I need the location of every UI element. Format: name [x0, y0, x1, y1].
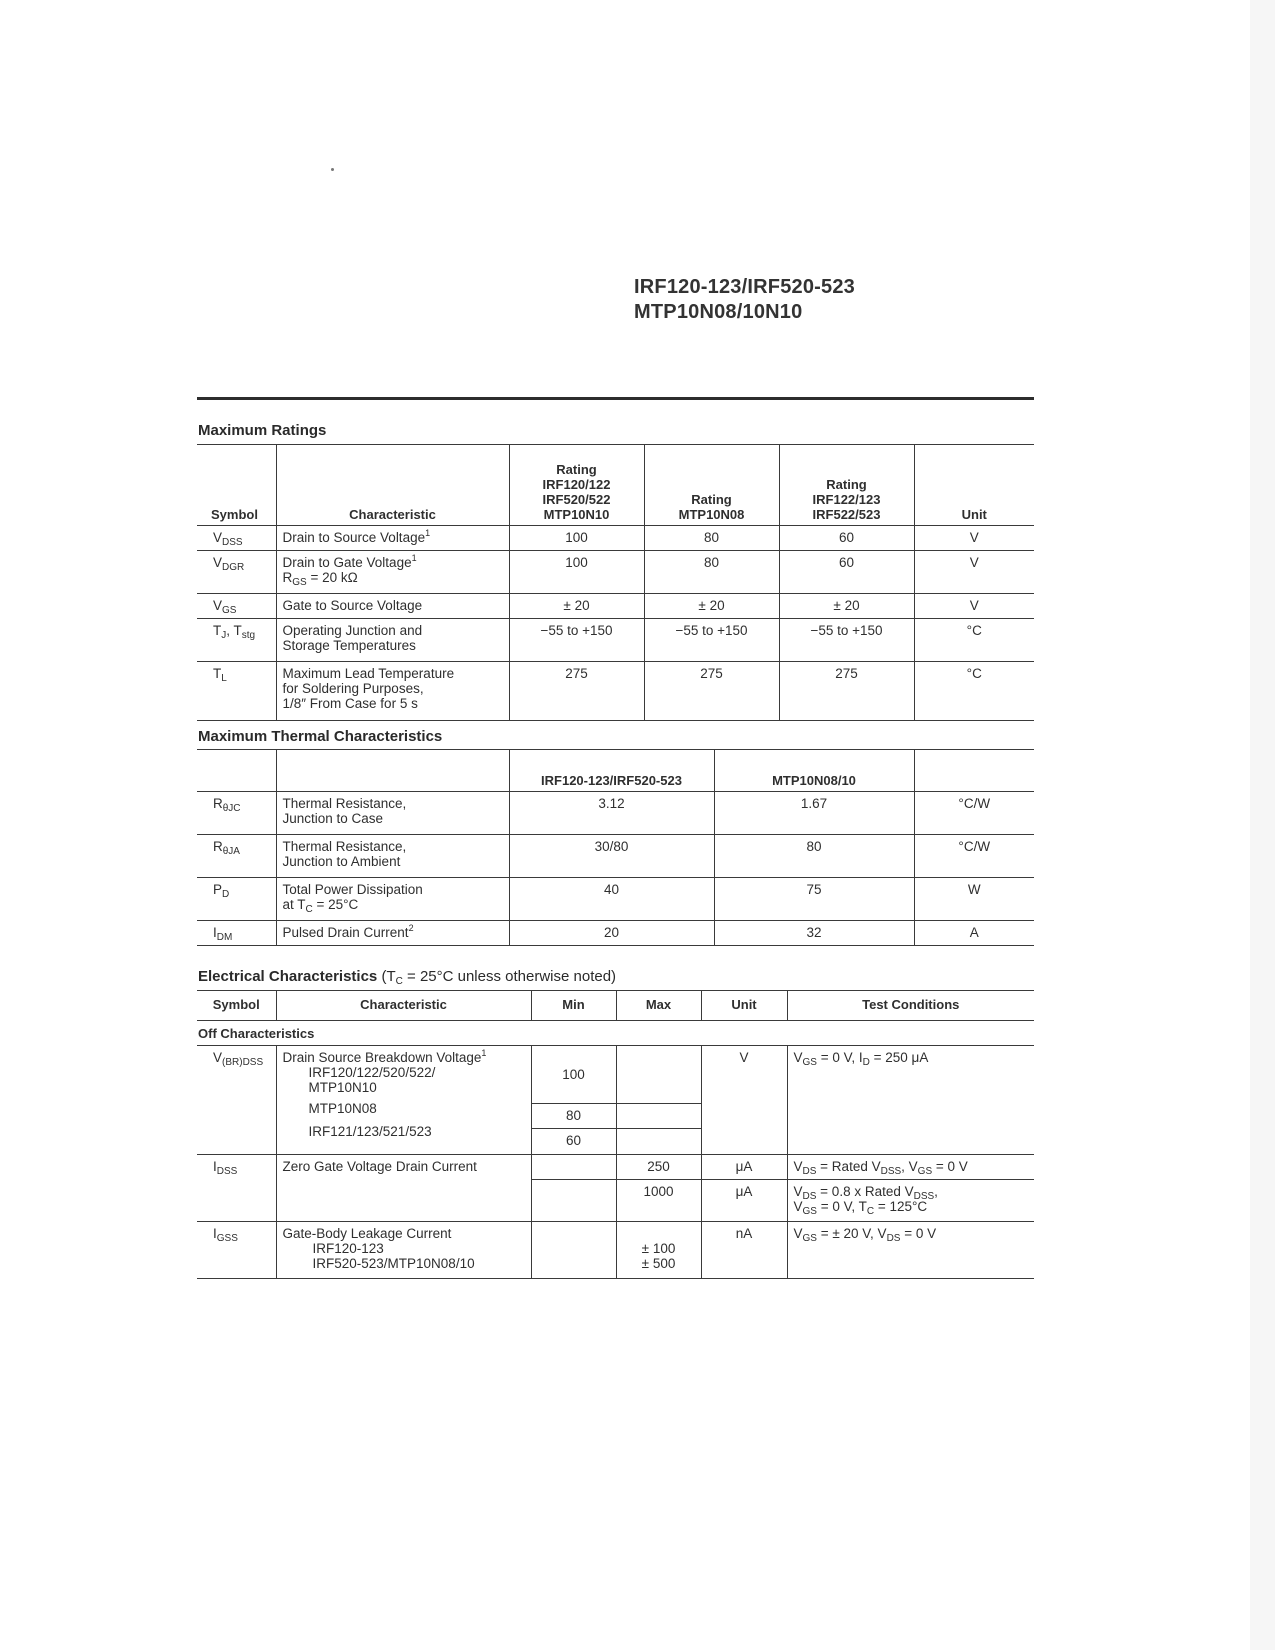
value-cell: ± 20: [509, 594, 644, 619]
symbol-cell: VGS: [197, 594, 276, 619]
table-row: VDSS Drain to Source Voltage1 100 80 60 …: [197, 526, 1034, 551]
value-cell: −55 to +150: [779, 619, 914, 662]
header-unit: Unit: [914, 445, 1034, 526]
header-min: Min: [531, 991, 616, 1021]
symbol-cell: IDSS: [197, 1155, 276, 1222]
test-conditions-cell: VDS = 0.8 x Rated VDSS, VGS = 0 V, TC = …: [787, 1180, 1034, 1222]
min-cell: [531, 1180, 616, 1222]
characteristic-cell: Drain Source Breakdown Voltage1 IRF120/1…: [276, 1046, 531, 1155]
value-cell: ± 20: [779, 594, 914, 619]
unit-cell: nA: [701, 1222, 787, 1279]
value-cell: −55 to +150: [509, 619, 644, 662]
value-cell: 1.67: [714, 792, 914, 835]
symbol-cell: RθJA: [197, 835, 276, 878]
unit-cell: V: [914, 526, 1034, 551]
electrical-table: Symbol Characteristic Min Max Unit Test …: [197, 990, 1034, 1279]
symbol-cell: IDM: [197, 921, 276, 946]
header-symbol-empty: [197, 750, 276, 792]
unit-cell: W: [914, 878, 1034, 921]
table-row: IDM Pulsed Drain Current2 20 32 A: [197, 921, 1034, 946]
table-header-row: Symbol Characteristic Min Max Unit Test …: [197, 991, 1034, 1021]
table-header-row: Symbol Characteristic Rating IRF120/122 …: [197, 445, 1034, 526]
symbol-cell: TJ, Tstg: [197, 619, 276, 662]
characteristic-cell: Drain to Gate Voltage1 RGS = 20 kΩ: [276, 551, 509, 594]
max-cell: 1000: [616, 1180, 701, 1222]
max-cell: 250: [616, 1155, 701, 1180]
min-cell: 100: [531, 1046, 616, 1104]
table-row: RθJA Thermal Resistance,Junction to Ambi…: [197, 835, 1034, 878]
table-row: VDGR Drain to Gate Voltage1 RGS = 20 kΩ …: [197, 551, 1034, 594]
symbol-cell: PD: [197, 878, 276, 921]
value-cell: 60: [779, 551, 914, 594]
value-cell: ± 20: [644, 594, 779, 619]
unit-cell: V: [914, 594, 1034, 619]
header-unit-empty: [914, 750, 1034, 792]
characteristic-cell: Zero Gate Voltage Drain Current: [276, 1155, 531, 1222]
value-cell: 40: [509, 878, 714, 921]
header-mtp-group: MTP10N08/10: [714, 750, 914, 792]
test-conditions-cell: VGS = ± 20 V, VDS = 0 V: [787, 1222, 1034, 1279]
characteristic-cell: Thermal Resistance,Junction to Ambient: [276, 835, 509, 878]
table-row: TJ, Tstg Operating Junction and Storage …: [197, 619, 1034, 662]
characteristic-cell: Pulsed Drain Current2: [276, 921, 509, 946]
max-ratings-title: Maximum Ratings: [198, 422, 326, 439]
value-cell: 100: [509, 526, 644, 551]
value-cell: 275: [509, 662, 644, 721]
header-characteristic: Characteristic: [276, 445, 509, 526]
symbol-cell: VDGR: [197, 551, 276, 594]
min-cell: [531, 1155, 616, 1180]
test-conditions-cell: VDS = Rated VDSS, VGS = 0 V: [787, 1155, 1034, 1180]
max-ratings-table: Symbol Characteristic Rating IRF120/122 …: [197, 444, 1034, 721]
value-cell: 80: [714, 835, 914, 878]
scan-artifact: [331, 168, 334, 171]
test-conditions-cell: VGS = 0 V, ID = 250 μA: [787, 1046, 1034, 1155]
thermal-title: Maximum Thermal Characteristics: [198, 728, 442, 745]
electrical-title: Electrical Characteristics (TC = 25°C un…: [198, 968, 616, 985]
value-cell: 275: [779, 662, 914, 721]
value-cell: 275: [644, 662, 779, 721]
characteristic-cell: Operating Junction and Storage Temperatu…: [276, 619, 509, 662]
characteristic-cell: Drain to Source Voltage1: [276, 526, 509, 551]
unit-cell: μA: [701, 1180, 787, 1222]
table-row: PD Total Power Dissipationat TC = 25°C 4…: [197, 878, 1034, 921]
unit-cell: A: [914, 921, 1034, 946]
table-row: VGS Gate to Source Voltage ± 20 ± 20 ± 2…: [197, 594, 1034, 619]
header-characteristic: Characteristic: [276, 991, 531, 1021]
symbol-cell: V(BR)DSS: [197, 1046, 276, 1155]
scan-edge: [1250, 0, 1275, 1650]
value-cell: 80: [644, 526, 779, 551]
header-characteristic-empty: [276, 750, 509, 792]
characteristic-cell: Gate to Source Voltage: [276, 594, 509, 619]
table-header-row: IRF120-123/IRF520-523 MTP10N08/10: [197, 750, 1034, 792]
header-rating-col2: Rating MTP10N08: [644, 445, 779, 526]
max-cell: [616, 1104, 701, 1129]
header-rating-col1: Rating IRF120/122 IRF520/522 MTP10N10: [509, 445, 644, 526]
value-cell: 30/80: [509, 835, 714, 878]
table-row: V(BR)DSS Drain Source Breakdown Voltage1…: [197, 1046, 1034, 1104]
header-symbol: Symbol: [197, 445, 276, 526]
value-cell: 60: [779, 526, 914, 551]
value-cell: 100: [509, 551, 644, 594]
min-cell: [531, 1222, 616, 1279]
header-rule: [197, 397, 1034, 400]
value-cell: 75: [714, 878, 914, 921]
characteristic-cell: Maximum Lead Temperature for Soldering P…: [276, 662, 509, 721]
max-cell: [616, 1129, 701, 1155]
characteristic-cell: Gate-Body Leakage Current IRF120-123 IRF…: [276, 1222, 531, 1279]
header-test-conditions: Test Conditions: [787, 991, 1034, 1021]
value-cell: 80: [644, 551, 779, 594]
header-rating-col3: Rating IRF122/123 IRF522/523: [779, 445, 914, 526]
title-line-2: MTP10N08/10N10: [634, 300, 855, 325]
header-irf-group: IRF120-123/IRF520-523: [509, 750, 714, 792]
header-unit: Unit: [701, 991, 787, 1021]
value-cell: −55 to +150: [644, 619, 779, 662]
thermal-table: IRF120-123/IRF520-523 MTP10N08/10 RθJC T…: [197, 749, 1034, 946]
value-cell: 20: [509, 921, 714, 946]
characteristic-cell: Thermal Resistance,Junction to Case: [276, 792, 509, 835]
subsection-row: Off Characteristics: [197, 1021, 1034, 1046]
header-symbol: Symbol: [197, 991, 276, 1021]
min-cell: 60: [531, 1129, 616, 1155]
max-cell: ± 100 ± 500: [616, 1222, 701, 1279]
unit-cell: μA: [701, 1155, 787, 1180]
value-cell: 3.12: [509, 792, 714, 835]
title-line-1: IRF120-123/IRF520-523: [634, 275, 855, 300]
unit-cell: °C: [914, 662, 1034, 721]
unit-cell: V: [914, 551, 1034, 594]
value-cell: 32: [714, 921, 914, 946]
max-cell: [616, 1046, 701, 1104]
min-cell: 80: [531, 1104, 616, 1129]
off-characteristics-label: Off Characteristics: [197, 1021, 1034, 1046]
symbol-cell: RθJC: [197, 792, 276, 835]
unit-cell: °C/W: [914, 792, 1034, 835]
document-title: IRF120-123/IRF520-523 MTP10N08/10N10: [634, 275, 855, 325]
unit-cell: °C: [914, 619, 1034, 662]
table-row: IGSS Gate-Body Leakage Current IRF120-12…: [197, 1222, 1034, 1279]
table-row: IDSS Zero Gate Voltage Drain Current 250…: [197, 1155, 1034, 1180]
characteristic-cell: Total Power Dissipationat TC = 25°C: [276, 878, 509, 921]
header-max: Max: [616, 991, 701, 1021]
symbol-cell: VDSS: [197, 526, 276, 551]
table-row: TL Maximum Lead Temperature for Solderin…: [197, 662, 1034, 721]
symbol-cell: IGSS: [197, 1222, 276, 1279]
table-row: RθJC Thermal Resistance,Junction to Case…: [197, 792, 1034, 835]
symbol-cell: TL: [197, 662, 276, 721]
unit-cell: °C/W: [914, 835, 1034, 878]
unit-cell: V: [701, 1046, 787, 1155]
